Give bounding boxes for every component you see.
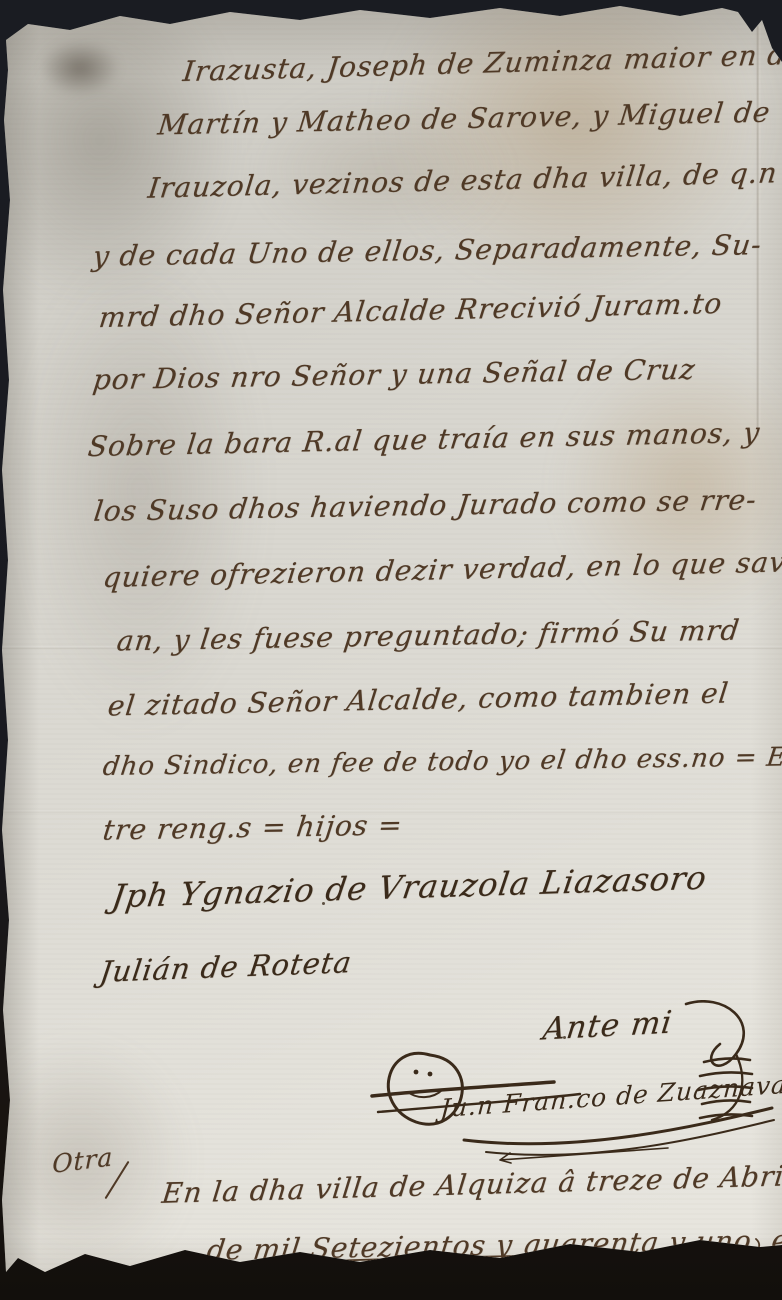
manuscript-line: Sobre la bara R.al que traía en sus mano… [86,416,762,463]
witness-signature: Jph Ygnazio de Vrauzola Liazasoro [109,859,709,916]
manuscript-scan: Irazusta, Joseph de Zuminza maior en dia… [0,0,782,1300]
manuscript-line: tre reng.s = hijos = [101,808,405,846]
ink-speck [556,1032,560,1036]
ink-speck [322,902,325,905]
manuscript-page: Irazusta, Joseph de Zuminza maior en dia… [0,0,782,1300]
paper-stain [40,40,120,96]
manuscript-line: por Dios nro Señor y una Señal de Cruz [91,353,697,397]
manuscript-line: Irazusta, Joseph de Zuminza maior en dia… [181,37,782,88]
margin-note: Otra [52,1142,113,1179]
manuscript-line: y de cada Uno de ellos, Separadamente, S… [91,228,764,273]
manuscript-line: el zitado Señor Alcalde, como tambien el [106,676,731,722]
notary-rubric: Ju.n Fran.co de Zuaznavar [368,1000,782,1175]
ink-speck [563,1036,566,1039]
manuscript-line: Irauzola, vezinos de esta dha villa, de … [146,156,779,204]
manuscript-line: los Suso dhos haviendo Jurado como se rr… [92,483,759,528]
manuscript-line: dho Sindico, en fee de todo yo el dho es… [101,742,782,782]
ink-rule [0,1230,782,1290]
manuscript-line: Martín y Matheo de Sarove, y Miguel de [156,96,772,142]
witness-signature: Julián de Roteta [98,945,355,989]
ink-speck [156,1258,159,1261]
manuscript-line: quiere ofrezieron dezir verdad, en lo qu… [101,545,782,594]
manuscript-line: mrd dho Señor Alcalde Rrecivió Juram.to [97,287,724,334]
manuscript-line: an, y les fuese preguntado; firmó Su mrd [115,614,742,658]
